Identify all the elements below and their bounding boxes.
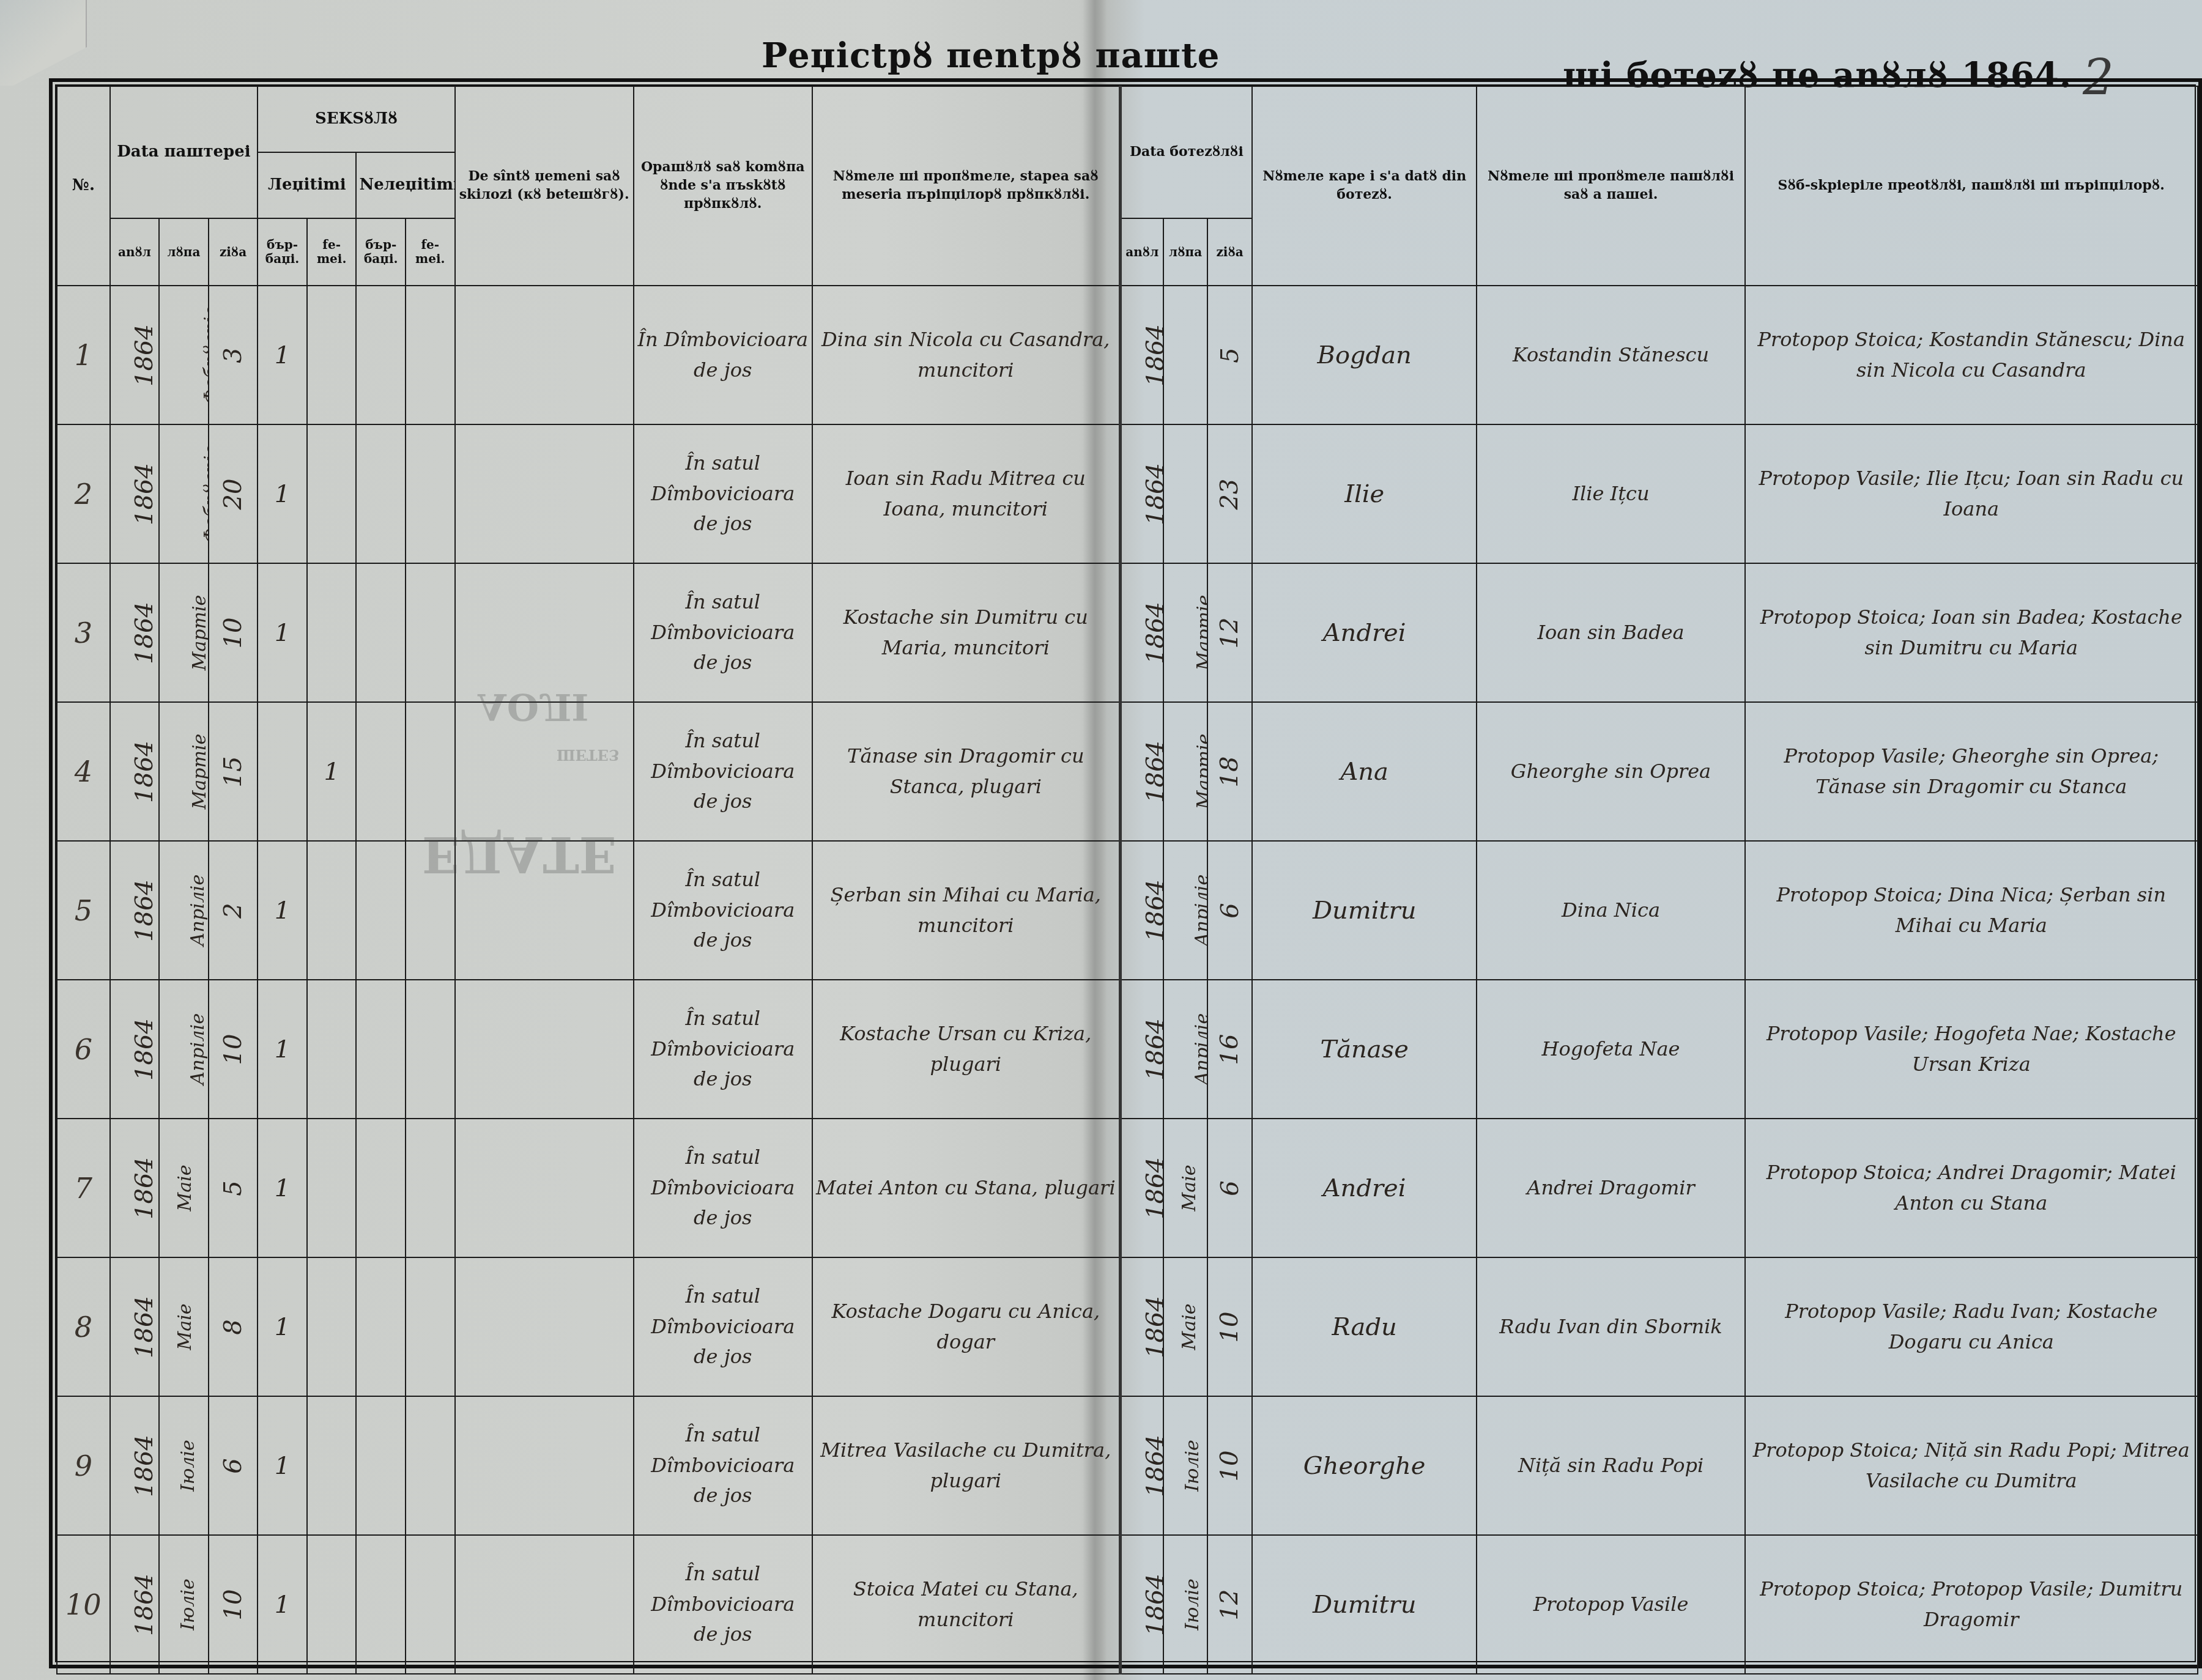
birth-month-cell: Маіе bbox=[159, 1119, 209, 1257]
birth-day: 2 bbox=[219, 903, 247, 918]
header-birth-day: ziȣa bbox=[209, 218, 258, 286]
birth-month: Фeбpȣаріе bbox=[201, 445, 208, 543]
legitimate-girl-count-cell bbox=[307, 841, 357, 980]
birth-month-cell: Іюліе bbox=[159, 1535, 209, 1674]
parents-names-cell: Ioan sin Radu Mitrea cu Ioana, muncitori bbox=[812, 424, 1121, 563]
birth-month: Апріліе bbox=[187, 875, 208, 946]
signatures-cell: Protopop Stoica; Andrei Dragomir; Matei … bbox=[1745, 1119, 2198, 1257]
birth-town-cell: În satul Dîmbovicioara de jos bbox=[634, 563, 812, 702]
baptism-year-cell: 1864 bbox=[1120, 563, 1163, 702]
baptism-day: 10 bbox=[1216, 1450, 1244, 1481]
illegitimate-boy-count-cell bbox=[356, 1119, 406, 1257]
baptism-year-cell: 1864 bbox=[1120, 1396, 1163, 1535]
header-baptism-date: Data ботezȣлȣі bbox=[1120, 86, 1252, 218]
entry-number-cell: 4 bbox=[57, 702, 110, 841]
birth-town-cell: În satul Dîmbovicioara de jos bbox=[634, 702, 812, 841]
baptism-day-cell: 10 bbox=[1207, 1257, 1252, 1396]
birth-month-cell: Фeбpȣаріе bbox=[159, 424, 209, 563]
birth-day-cell: 10 bbox=[209, 563, 258, 702]
header-signatures: Sȣб-skріеріле преоtȣлȣі, пашȣлȣі ші пърі… bbox=[1745, 86, 2198, 286]
baptism-month: Мартіе bbox=[1193, 734, 1207, 810]
birth-town-cell: În satul Dîmbovicioara de jos bbox=[634, 1396, 812, 1535]
table-row: 71864Маіе51În satul Dîmbovicioara de jos… bbox=[57, 1119, 2198, 1257]
legitimate-girl-count-cell bbox=[307, 1119, 357, 1257]
entry-number-cell: 6 bbox=[57, 980, 110, 1119]
signatures-cell: Protopop Stoica; Ioan sin Badea; Kostach… bbox=[1745, 563, 2198, 702]
birth-month: Іюліе bbox=[177, 1440, 199, 1492]
birth-day: 8 bbox=[219, 1319, 247, 1334]
baptism-year-cell: 1864 bbox=[1120, 1535, 1163, 1674]
illegitimate-girl-count-cell bbox=[406, 1396, 455, 1535]
legitimate-girl-count-cell: 1 bbox=[307, 702, 357, 841]
birth-year-cell: 1864 bbox=[110, 841, 160, 980]
birth-month: Апріліе bbox=[187, 1013, 208, 1085]
birth-year-cell: 1864 bbox=[110, 563, 160, 702]
birth-town-cell: În satul Dîmbovicioara de jos bbox=[634, 1535, 812, 1674]
birth-month-cell: Мартіе bbox=[159, 702, 209, 841]
birth-year-cell: 1864 bbox=[110, 1119, 160, 1257]
table-row: 41864Мартіе151În satul Dîmbovicioara de … bbox=[57, 702, 2198, 841]
illegitimate-boy-count-cell bbox=[356, 1396, 406, 1535]
baptism-day: 16 bbox=[1216, 1034, 1244, 1065]
baptism-day: 10 bbox=[1216, 1311, 1244, 1342]
table-row: 51864Апріліе21În satul Dîmbovicioara de … bbox=[57, 841, 2198, 980]
birth-month: Фeбpȣаріе bbox=[201, 306, 208, 404]
header-given-name: Nȣmeле каpe i s'a datȣ din ботezȣ. bbox=[1252, 86, 1477, 286]
child-given-name-cell: Andrei bbox=[1252, 1119, 1477, 1257]
baptism-year: 1864 bbox=[1141, 1574, 1163, 1636]
baptism-day: 6 bbox=[1216, 903, 1244, 918]
illegitimate-boy-count-cell bbox=[356, 980, 406, 1119]
header-baptism-year: anȣл bbox=[1120, 218, 1163, 286]
parents-names-cell: Mitrea Vasilache cu Dumitra, plugari bbox=[812, 1396, 1121, 1535]
entry-number-cell: 8 bbox=[57, 1257, 110, 1396]
birth-day-cell: 8 bbox=[209, 1257, 258, 1396]
birth-day-cell: 6 bbox=[209, 1396, 258, 1535]
birth-year: 1864 bbox=[130, 1157, 158, 1219]
header-number: №. bbox=[57, 86, 110, 286]
baptism-day-cell: 6 bbox=[1207, 1119, 1252, 1257]
godparent-name-cell: Radu Ivan din Sbornik bbox=[1477, 1257, 1744, 1396]
signatures-cell: Protopop Stoica; Protopop Vasile; Dumitr… bbox=[1745, 1535, 2198, 1674]
birth-town-cell: În Dîmbovicioara de jos bbox=[634, 286, 812, 424]
legitimate-boy-count-cell: 1 bbox=[258, 286, 307, 424]
baptism-day-cell: 16 bbox=[1207, 980, 1252, 1119]
baptism-day: 23 bbox=[1216, 478, 1244, 509]
signatures-cell: Protopop Stoica; Kostandin Stănescu; Din… bbox=[1745, 286, 2198, 424]
child-given-name-cell: Tănase bbox=[1252, 980, 1477, 1119]
baptism-year: 1864 bbox=[1141, 1435, 1163, 1497]
birth-year-cell: 1864 bbox=[110, 980, 160, 1119]
baptism-day: 12 bbox=[1216, 1589, 1244, 1620]
table-row: 61864Апріліе101În satul Dîmbovicioara de… bbox=[57, 980, 2198, 1119]
parents-names-cell: Șerban sin Mihai cu Maria, muncitori bbox=[812, 841, 1121, 980]
birth-month-cell: Апріліе bbox=[159, 841, 209, 980]
godparent-name-cell: Kostandin Stănescu bbox=[1477, 286, 1744, 424]
birth-town-cell: În satul Dîmbovicioara de jos bbox=[634, 424, 812, 563]
baptism-year-cell: 1864 bbox=[1120, 424, 1163, 563]
baptism-month-cell: Маіе bbox=[1163, 1119, 1208, 1257]
illegitimate-girl-count-cell bbox=[406, 841, 455, 980]
entry-number-cell: 5 bbox=[57, 841, 110, 980]
birth-year: 1864 bbox=[130, 1435, 158, 1497]
baptism-day-cell: 6 bbox=[1207, 841, 1252, 980]
header-birth-year: anȣл bbox=[110, 218, 160, 286]
birth-day-cell: 2 bbox=[209, 841, 258, 980]
birth-month-cell: Фeбpȣаріе bbox=[159, 286, 209, 424]
baptism-month-cell: Іюліе bbox=[1163, 1396, 1208, 1535]
legitimate-boy-count-cell: 1 bbox=[258, 1396, 307, 1535]
godparent-name-cell: Hogofeta Nae bbox=[1477, 980, 1744, 1119]
baptism-month: Маіе bbox=[1179, 1165, 1200, 1212]
baptism-year: 1864 bbox=[1141, 602, 1163, 664]
entry-number-cell: 3 bbox=[57, 563, 110, 702]
signatures-cell: Protopop Vasile; Ilie Ițcu; Ioan sin Rad… bbox=[1745, 424, 2198, 563]
illegitimate-girl-count-cell bbox=[406, 1119, 455, 1257]
header-illegit-boys: бър-баџі. bbox=[356, 218, 406, 286]
baptism-year: 1864 bbox=[1141, 879, 1163, 942]
legitimate-boy-count-cell bbox=[258, 702, 307, 841]
parents-names-cell: Kostache Ursan cu Kriza, plugari bbox=[812, 980, 1121, 1119]
godparent-name-cell: Dina Nica bbox=[1477, 841, 1744, 980]
baptism-day: 12 bbox=[1216, 617, 1244, 648]
birth-day-cell: 20 bbox=[209, 424, 258, 563]
illegitimate-boy-count-cell bbox=[356, 424, 406, 563]
birth-month-cell: Маіе bbox=[159, 1257, 209, 1396]
godparent-name-cell: Protopop Vasile bbox=[1477, 1535, 1744, 1674]
birth-month-cell: Мартіе bbox=[159, 563, 209, 702]
baptism-year-cell: 1864 bbox=[1120, 702, 1163, 841]
baptism-month: Апріліе bbox=[1192, 875, 1207, 946]
header-birth-month: лȣпа bbox=[159, 218, 209, 286]
baptism-year: 1864 bbox=[1141, 1157, 1163, 1219]
birth-day: 10 bbox=[219, 617, 247, 648]
header-baptism-month: лȣпа bbox=[1163, 218, 1208, 286]
baptism-month-cell: Мартіе bbox=[1163, 702, 1208, 841]
header-birth-date: Data паштереі bbox=[110, 86, 258, 218]
illegitimate-girl-count-cell bbox=[406, 286, 455, 424]
birth-year: 1864 bbox=[130, 741, 158, 803]
baptism-year-cell: 1864 bbox=[1120, 1119, 1163, 1257]
baptism-year: 1864 bbox=[1141, 741, 1163, 803]
birth-month: Мартіе bbox=[189, 595, 208, 671]
birth-day-cell: 10 bbox=[209, 980, 258, 1119]
illegitimate-girl-count-cell bbox=[406, 1535, 455, 1674]
folded-page-corner bbox=[0, 0, 87, 86]
birth-day: 10 bbox=[219, 1034, 247, 1065]
baptism-day: 6 bbox=[1216, 1180, 1244, 1196]
legitimate-boy-count-cell: 1 bbox=[258, 980, 307, 1119]
birth-day-cell: 15 bbox=[209, 702, 258, 841]
birth-day-cell: 3 bbox=[209, 286, 258, 424]
birth-year: 1864 bbox=[130, 1296, 158, 1358]
twins-note-cell bbox=[455, 980, 634, 1119]
illegitimate-girl-count-cell bbox=[406, 702, 455, 841]
signatures-cell: Protopop Vasile; Gheorghe sin Oprea; Tăn… bbox=[1745, 702, 2198, 841]
table-row: 11864Фeбpȣаріе31În Dîmbovicioara de josD… bbox=[57, 286, 2198, 424]
baptism-day-cell: 18 bbox=[1207, 702, 1252, 841]
birth-month-cell: Іюліе bbox=[159, 1396, 209, 1535]
header-sex: SEKSȣЛȣ bbox=[258, 86, 454, 152]
header-godparent: Nȣmeле ші пропȣmeле пашȣлȣі saȣ a пашеі. bbox=[1477, 86, 1744, 286]
twins-note-cell bbox=[455, 1119, 634, 1257]
birth-town-cell: În satul Dîmbovicioara de jos bbox=[634, 1257, 812, 1396]
baptism-year-cell: 1864 bbox=[1120, 1257, 1163, 1396]
child-given-name-cell: Gheorghe bbox=[1252, 1396, 1477, 1535]
birth-year-cell: 1864 bbox=[110, 424, 160, 563]
illegitimate-girl-count-cell bbox=[406, 424, 455, 563]
entry-number-cell: 1 bbox=[57, 286, 110, 424]
baptism-month-cell: Іюліе bbox=[1163, 1535, 1208, 1674]
signatures-cell: Protopop Stoica; Niță sin Radu Popi; Mit… bbox=[1745, 1396, 2198, 1535]
birth-year: 1864 bbox=[130, 602, 158, 664]
baptism-month: Маіе bbox=[1179, 1304, 1200, 1350]
illegitimate-boy-count-cell bbox=[356, 841, 406, 980]
parents-names-cell: Tănase sin Dragomir cu Stanca, plugari bbox=[812, 702, 1121, 841]
legitimate-girl-count-cell bbox=[307, 1257, 357, 1396]
twins-note-cell bbox=[455, 1535, 634, 1674]
baptism-year: 1864 bbox=[1141, 1296, 1163, 1358]
birth-year-cell: 1864 bbox=[110, 1257, 160, 1396]
baptism-day-cell: 10 bbox=[1207, 1396, 1252, 1535]
header-baptism-day: ziȣa bbox=[1207, 218, 1252, 286]
register-ledger: №. Data паштереі SEKSȣЛȣ De sîntȣ џemeni… bbox=[49, 78, 2202, 1668]
parents-names-cell: Kostache Dogaru cu Anica, dogar bbox=[812, 1257, 1121, 1396]
birth-year-cell: 1864 bbox=[110, 1535, 160, 1674]
birth-month: Маіе bbox=[175, 1165, 196, 1212]
birth-baptism-register-table: №. Data паштереі SEKSȣЛȣ De sîntȣ џemeni… bbox=[56, 86, 2198, 1674]
godparent-name-cell: Niță sin Radu Popi bbox=[1477, 1396, 1744, 1535]
baptism-month: Апріліе bbox=[1192, 1013, 1207, 1085]
header-illegit-girls: fe-meі. bbox=[406, 218, 455, 286]
birth-day: 3 bbox=[219, 347, 247, 363]
child-given-name-cell: Bogdan bbox=[1252, 286, 1477, 424]
table-row: 81864Маіе81În satul Dîmbovicioara de jos… bbox=[57, 1257, 2198, 1396]
baptism-month-cell: Маіе bbox=[1163, 1257, 1208, 1396]
header-parents: Nȣmeле ші пропȣmeле, stapea saȣ meseria … bbox=[812, 86, 1121, 286]
twins-note-cell bbox=[455, 286, 634, 424]
twins-note-cell bbox=[455, 563, 634, 702]
baptism-day: 18 bbox=[1216, 756, 1244, 787]
birth-year: 1864 bbox=[130, 1574, 158, 1636]
birth-town-cell: În satul Dîmbovicioara de jos bbox=[634, 841, 812, 980]
illegitimate-boy-count-cell bbox=[356, 1257, 406, 1396]
birth-year: 1864 bbox=[130, 1018, 158, 1081]
birth-year-cell: 1864 bbox=[110, 702, 160, 841]
table-row: 101864Іюліе101În satul Dîmbovicioara de … bbox=[57, 1535, 2198, 1674]
legitimate-boy-count-cell: 1 bbox=[258, 424, 307, 563]
birth-month-cell: Апріліе bbox=[159, 980, 209, 1119]
entry-number-cell: 2 bbox=[57, 424, 110, 563]
birth-day-cell: 5 bbox=[209, 1119, 258, 1257]
table-row: 91864Іюліе61În satul Dîmbovicioara de jo… bbox=[57, 1396, 2198, 1535]
baptism-month: Іюліе bbox=[1182, 1440, 1203, 1492]
godparent-name-cell: Andrei Dragomir bbox=[1477, 1119, 1744, 1257]
birth-month: Маіе bbox=[175, 1304, 196, 1350]
illegitimate-boy-count-cell bbox=[356, 702, 406, 841]
entry-number-cell: 10 bbox=[57, 1535, 110, 1674]
baptism-year: 1864 bbox=[1141, 463, 1163, 525]
birth-day: 20 bbox=[219, 478, 247, 509]
legitimate-boy-count-cell: 1 bbox=[258, 563, 307, 702]
child-given-name-cell: Andrei bbox=[1252, 563, 1477, 702]
legitimate-boy-count-cell: 1 bbox=[258, 1119, 307, 1257]
birth-year-cell: 1864 bbox=[110, 286, 160, 424]
birth-day: 15 bbox=[219, 756, 247, 787]
baptism-month: Іюліе bbox=[1182, 1578, 1203, 1630]
page-title-left: Реџictрȣ пentpȣ пашte bbox=[762, 35, 1220, 76]
birth-year: 1864 bbox=[130, 879, 158, 942]
header-legit-girls: fe-meі. bbox=[307, 218, 357, 286]
birth-month: Мартіе bbox=[189, 734, 208, 810]
birth-day: 6 bbox=[219, 1458, 247, 1473]
godparent-name-cell: Ioan sin Badea bbox=[1477, 563, 1744, 702]
birth-town-cell: În satul Dîmbovicioara de jos bbox=[634, 980, 812, 1119]
birth-year-cell: 1864 bbox=[110, 1396, 160, 1535]
birth-year: 1864 bbox=[130, 463, 158, 525]
signatures-cell: Protopop Vasile; Hogofeta Nae; Kostache … bbox=[1745, 980, 2198, 1119]
parents-names-cell: Dina sin Nicola cu Casandra, muncitori bbox=[812, 286, 1121, 424]
twins-note-cell bbox=[455, 841, 634, 980]
twins-note-cell bbox=[455, 702, 634, 841]
register-entries: 11864Фeбpȣаріе31În Dîmbovicioara de josD… bbox=[57, 286, 2198, 1674]
legitimate-girl-count-cell bbox=[307, 563, 357, 702]
baptism-day-cell: 12 bbox=[1207, 563, 1252, 702]
baptism-year-cell: 1864 bbox=[1120, 286, 1163, 424]
twins-note-cell bbox=[455, 1396, 634, 1535]
parents-names-cell: Matei Anton cu Stana, plugari bbox=[812, 1119, 1121, 1257]
baptism-month-cell: Апріліе bbox=[1163, 980, 1208, 1119]
child-given-name-cell: Dumitru bbox=[1252, 841, 1477, 980]
header-legit-boys: бър-баџі. bbox=[258, 218, 307, 286]
birth-town-cell: În satul Dîmbovicioara de jos bbox=[634, 1119, 812, 1257]
parents-names-cell: Stoica Matei cu Stana, muncitori bbox=[812, 1535, 1121, 1674]
legitimate-boy-count-cell: 1 bbox=[258, 1257, 307, 1396]
baptism-year: 1864 bbox=[1141, 1018, 1163, 1081]
entry-number-cell: 7 bbox=[57, 1119, 110, 1257]
baptism-month-cell: Мартіе bbox=[1163, 563, 1208, 702]
baptism-month-cell: Фeбpȣаріе bbox=[1163, 286, 1208, 424]
baptism-year-cell: 1864 bbox=[1120, 841, 1163, 980]
baptism-day-cell: 5 bbox=[1207, 286, 1252, 424]
signatures-cell: Protopop Vasile; Radu Ivan; Kostache Dog… bbox=[1745, 1257, 2198, 1396]
birth-day: 5 bbox=[219, 1180, 247, 1196]
child-given-name-cell: Ilie bbox=[1252, 424, 1477, 563]
signatures-cell: Protopop Stoica; Dina Nica; Șerban sin M… bbox=[1745, 841, 2198, 980]
birth-day-cell: 10 bbox=[209, 1535, 258, 1674]
child-given-name-cell: Ana bbox=[1252, 702, 1477, 841]
baptism-month-cell: Фeбpȣаріе bbox=[1163, 424, 1208, 563]
baptism-month-cell: Апріліе bbox=[1163, 841, 1208, 980]
baptism-day: 5 bbox=[1216, 347, 1244, 363]
header-illegitimate: Nелeџitimі bbox=[356, 152, 454, 218]
illegitimate-girl-count-cell bbox=[406, 980, 455, 1119]
twins-note-cell bbox=[455, 1257, 634, 1396]
birth-year: 1864 bbox=[130, 324, 158, 387]
birth-month: Іюліе bbox=[177, 1578, 199, 1630]
legitimate-girl-count-cell bbox=[307, 980, 357, 1119]
parents-names-cell: Kostache sin Dumitru cu Maria, muncitori bbox=[812, 563, 1121, 702]
legitimate-girl-count-cell bbox=[307, 286, 357, 424]
table-row: 21864Фeбpȣаріе201În satul Dîmbovicioara … bbox=[57, 424, 2198, 563]
legitimate-girl-count-cell bbox=[307, 424, 357, 563]
birth-day: 10 bbox=[219, 1589, 247, 1620]
header-town: Орашȣлȣ saȣ komȣпа ȣnde s'a пъskȣtȣ прȣп… bbox=[634, 86, 812, 286]
illegitimate-boy-count-cell bbox=[356, 563, 406, 702]
table-row: 31864Мартіе101În satul Dîmbovicioara de … bbox=[57, 563, 2198, 702]
legitimate-girl-count-cell bbox=[307, 1396, 357, 1535]
legitimate-boy-count-cell: 1 bbox=[258, 841, 307, 980]
baptism-day-cell: 12 bbox=[1207, 1535, 1252, 1674]
baptism-year: 1864 bbox=[1141, 324, 1163, 387]
illegitimate-boy-count-cell bbox=[356, 286, 406, 424]
baptism-month: Мартіе bbox=[1193, 595, 1207, 671]
header-legitimate: Лeџitimі bbox=[258, 152, 356, 218]
illegitimate-boy-count-cell bbox=[356, 1535, 406, 1674]
godparent-name-cell: Ilie Ițcu bbox=[1477, 424, 1744, 563]
legitimate-girl-count-cell bbox=[307, 1535, 357, 1674]
entry-number-cell: 9 bbox=[57, 1396, 110, 1535]
illegitimate-girl-count-cell bbox=[406, 1257, 455, 1396]
child-given-name-cell: Dumitru bbox=[1252, 1535, 1477, 1674]
illegitimate-girl-count-cell bbox=[406, 563, 455, 702]
twins-note-cell bbox=[455, 424, 634, 563]
header-twins-or-crippled: De sîntȣ џemeni saȣ skiлozі (кȣ betешȣгȣ… bbox=[455, 86, 634, 286]
godparent-name-cell: Gheorghe sin Oprea bbox=[1477, 702, 1744, 841]
baptism-day-cell: 23 bbox=[1207, 424, 1252, 563]
baptism-year-cell: 1864 bbox=[1120, 980, 1163, 1119]
legitimate-boy-count-cell: 1 bbox=[258, 1535, 307, 1674]
child-given-name-cell: Radu bbox=[1252, 1257, 1477, 1396]
